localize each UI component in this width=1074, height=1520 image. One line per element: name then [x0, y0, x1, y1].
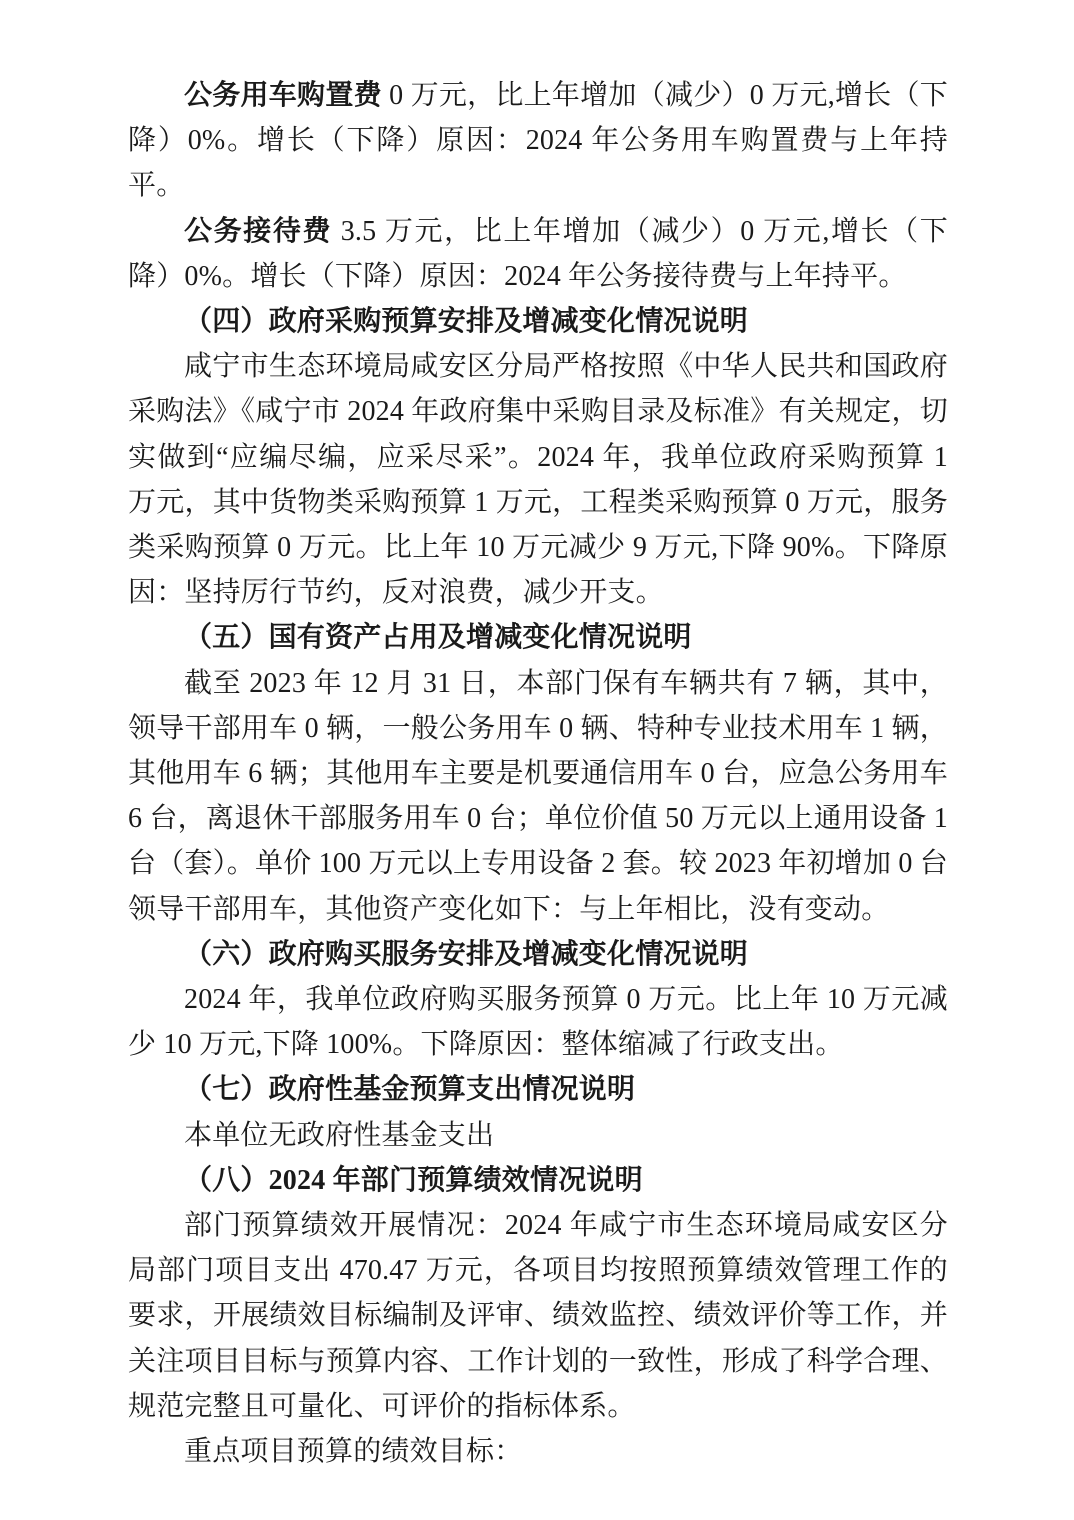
- text-run: 2024 年，我单位政府购买服务预算 0 万元。比上年 10 万元减少 10 万…: [128, 984, 948, 1060]
- body-paragraph: 本单位无政府性基金支出: [128, 1113, 948, 1158]
- body-paragraph: 咸宁市生态环境局咸安区分局严格按照《中华人民共和国政府采购法》《咸宁市 2024…: [128, 344, 948, 615]
- body-paragraph: 截至 2023 年 12 月 31 日，本部门保有车辆共有 7 辆，其中，领导干…: [128, 661, 948, 932]
- text-run: 截至 2023 年 12 月 31 日，本部门保有车辆共有 7 辆，其中，领导干…: [128, 668, 948, 925]
- document-page: 公务用车购置费 0 万元，比上年增加（减少）0 万元,增长（下降）0%。增长（下…: [0, 0, 1074, 1520]
- body-paragraph: 2024 年，我单位政府购买服务预算 0 万元。比上年 10 万元减少 10 万…: [128, 977, 948, 1067]
- section-heading: （八）2024 年部门预算绩效情况说明: [128, 1158, 948, 1203]
- body-paragraph: 公务用车购置费 0 万元，比上年增加（减少）0 万元,增长（下降）0%。增长（下…: [128, 73, 948, 209]
- body-paragraph: 公务接待费 3.5 万元，比上年增加（减少）0 万元,增长（下降）0%。增长（下…: [128, 209, 948, 299]
- section-heading: （五）国有资产占用及增减变化情况说明: [128, 615, 948, 660]
- bold-text-run: 公务用车购置费: [184, 80, 382, 111]
- section-heading: （六）政府购买服务安排及增减变化情况说明: [128, 932, 948, 977]
- body-paragraph: 重点项目预算的绩效目标：: [128, 1429, 948, 1474]
- text-run: 咸宁市生态环境局咸安区分局严格按照《中华人民共和国政府采购法》《咸宁市 2024…: [128, 351, 948, 608]
- section-heading: （七）政府性基金预算支出情况说明: [128, 1067, 948, 1112]
- text-run: 重点项目预算的绩效目标：: [184, 1436, 522, 1467]
- text-run: 部门预算绩效开展情况：2024 年咸宁市生态环境局咸安区分局部门项目支出 470…: [128, 1210, 948, 1422]
- bold-text-run: （四）政府采购预算安排及增减变化情况说明: [184, 306, 748, 337]
- bold-text-run: 公务接待费: [184, 216, 332, 247]
- body-paragraph: 部门预算绩效开展情况：2024 年咸宁市生态环境局咸安区分局部门项目支出 470…: [128, 1203, 948, 1429]
- section-heading: （四）政府采购预算安排及增减变化情况说明: [128, 299, 948, 344]
- bold-text-run: （八）2024 年部门预算绩效情况说明: [184, 1165, 643, 1196]
- text-run: 本单位无政府性基金支出: [184, 1120, 494, 1151]
- bold-text-run: （七）政府性基金预算支出情况说明: [184, 1074, 635, 1105]
- document-content: 公务用车购置费 0 万元，比上年增加（减少）0 万元,增长（下降）0%。增长（下…: [128, 73, 948, 1474]
- bold-text-run: （五）国有资产占用及增减变化情况说明: [184, 622, 692, 653]
- bold-text-run: （六）政府购买服务安排及增减变化情况说明: [184, 939, 748, 970]
